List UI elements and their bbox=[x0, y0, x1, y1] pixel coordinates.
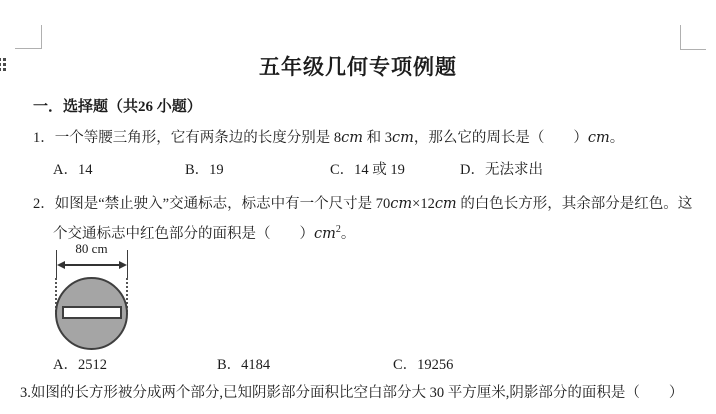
question-2-text: 2．如图是“禁止驶入”交通标志，标志中有一个尺寸是 bbox=[33, 196, 376, 212]
question-1: 1．一个等腰三角形，它有两条边的长度分别是 8cm 和 3cm，那么它的周长是（… bbox=[33, 128, 624, 148]
option-a: A．2512 bbox=[53, 355, 107, 375]
question-2-num: 70 bbox=[376, 196, 391, 212]
option-c: C．14 或 19 bbox=[330, 160, 405, 180]
question-1-text: ，那么它的周长是（ ） bbox=[414, 130, 588, 146]
question-2-num: 12 bbox=[420, 196, 435, 212]
question-1-num: 3 bbox=[385, 130, 392, 146]
dimension-label: 80 cm bbox=[56, 241, 127, 256]
option-d: D．无法求出 bbox=[460, 160, 543, 180]
section-heading: 一．选择题（共26 小题） bbox=[33, 97, 202, 117]
question-1-unit: cm bbox=[341, 130, 363, 146]
option-b: B．4184 bbox=[217, 355, 270, 375]
dimension-extension-line-right bbox=[127, 250, 128, 278]
question-1-unit: cm bbox=[392, 130, 414, 146]
question-1-text: 。 bbox=[610, 130, 625, 146]
question-2-unit: cm bbox=[390, 196, 412, 212]
option-b: B．19 bbox=[185, 160, 224, 180]
dimension-arrow bbox=[57, 260, 127, 269]
question-2-unit: cm bbox=[435, 196, 457, 212]
question-2-text: 。 bbox=[341, 226, 356, 242]
crop-mark-top-left bbox=[15, 25, 42, 49]
question-3: 3.如图的长方形被分成两个部分,已知阴影部分面积比空白部分大 30 平方厘米,阴… bbox=[20, 383, 683, 403]
question-2-text: 个交通标志中红色部分的面积是（ ） bbox=[53, 226, 314, 242]
crop-mark-top-right bbox=[680, 25, 706, 50]
question-3-text: 平方厘米,阴影部分的面积是（ ） bbox=[444, 385, 683, 401]
question-2-unit: cm bbox=[314, 226, 336, 242]
question-1-unit: cm bbox=[588, 130, 610, 146]
question-2-line1: 2．如图是“禁止驶入”交通标志，标志中有一个尺寸是 70cm×12cm 的白色长… bbox=[33, 194, 692, 214]
question-3-num: 30 bbox=[430, 385, 445, 401]
sign-white-bar bbox=[62, 306, 122, 319]
question-3-text: 3.如图的长方形被分成两个部分,已知阴影部分面积比空白部分大 bbox=[20, 385, 430, 401]
page-title: 五年级几何专项例题 bbox=[0, 53, 716, 81]
arrow-right-icon bbox=[119, 261, 127, 269]
document-page: 五年级几何专项例题 一．选择题（共26 小题） 1．一个等腰三角形，它有两条边的… bbox=[0, 0, 716, 414]
question-2-text: 的白色长方形，其余部分是红色。这 bbox=[457, 196, 693, 212]
question-1-text: 1．一个等腰三角形，它有两条边的长度分别是 bbox=[33, 130, 334, 146]
question-1-text: 和 bbox=[363, 130, 385, 146]
option-a: A．14 bbox=[53, 160, 92, 180]
option-c: C．19256 bbox=[393, 355, 453, 375]
